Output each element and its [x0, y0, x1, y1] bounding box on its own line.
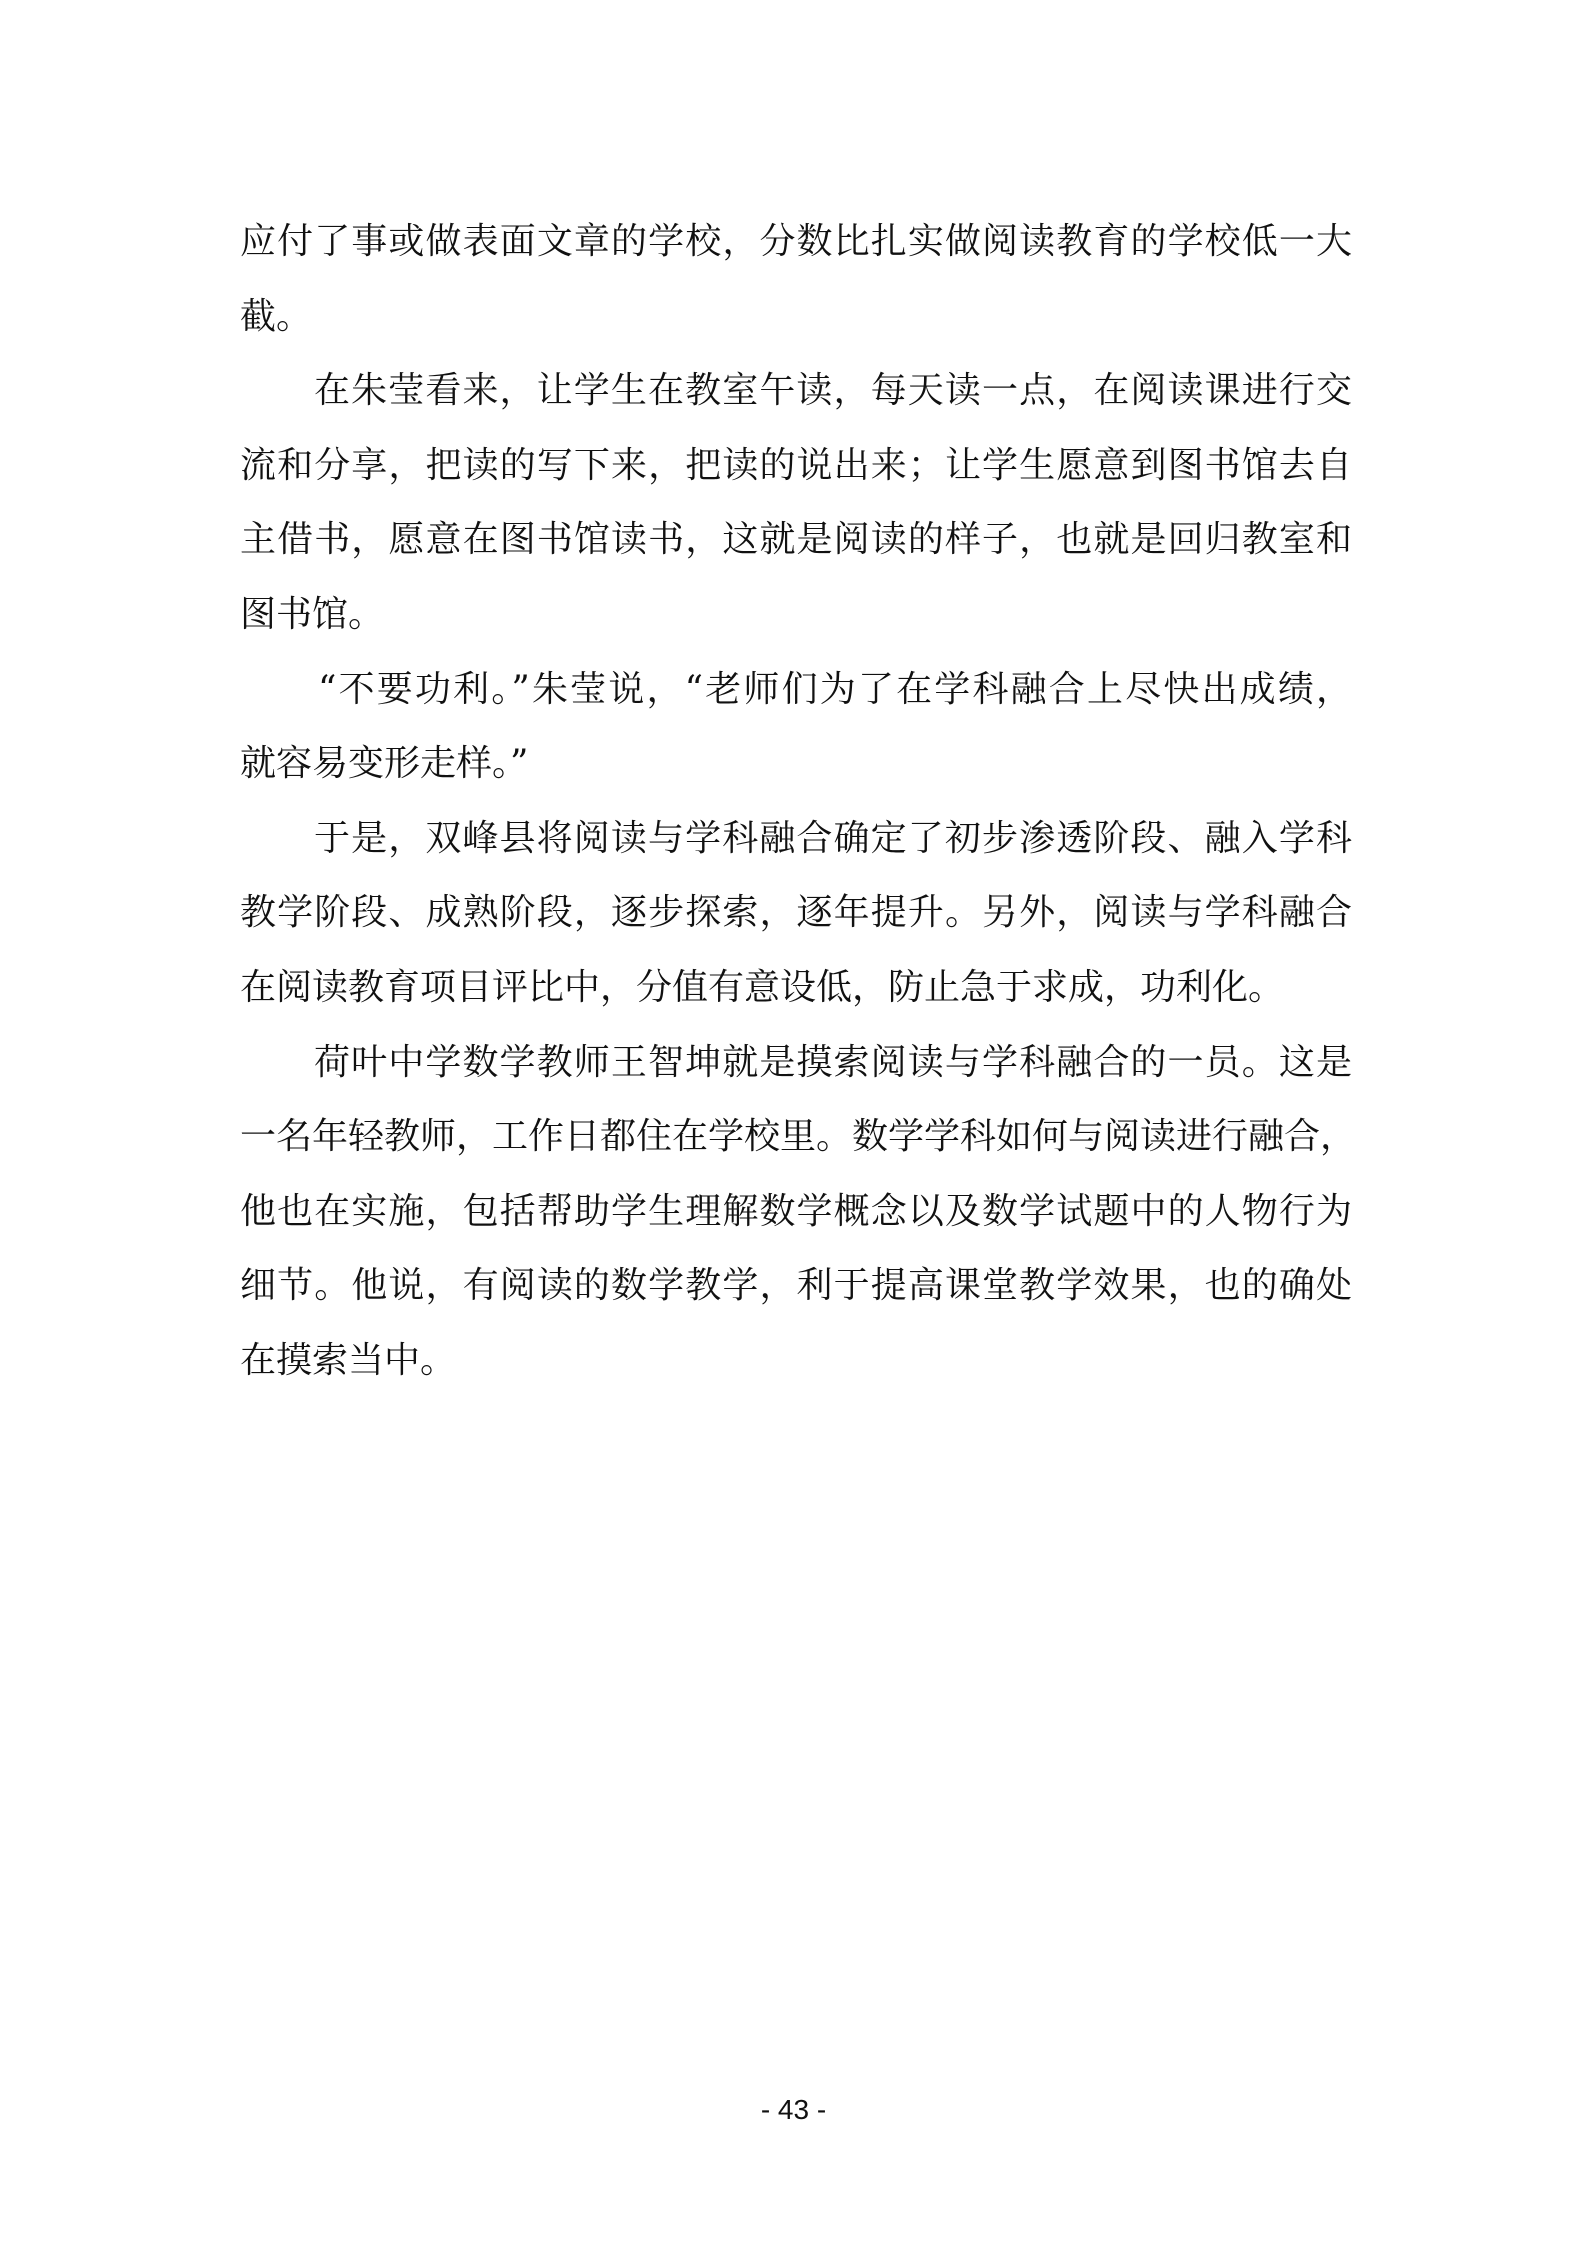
paragraph-3: “不要功利。”朱莹说，“老师们为了在学科融合上尽快出成绩， 就容易变形走样。” [240, 653, 1352, 802]
text-line: 在阅读教育项目评比中，分值有意设低，防止急于求成，功利化。 [240, 951, 1352, 1026]
document-page: 应付了事或做表面文章的学校，分数比扎实做阅读教育的学校低一大 截。 在朱莹看来，… [0, 0, 1587, 2245]
text-line: “不要功利。”朱莹说，“老师们为了在学科融合上尽快出成绩， [240, 653, 1352, 728]
text-line: 在朱莹看来，让学生在教室午读，每天读一点，在阅读课进行交 [240, 354, 1352, 429]
text-line: 荷叶中学数学教师王智坤就是摸索阅读与学科融合的一员。这是 [240, 1026, 1352, 1101]
page-number: - 43 - [0, 2094, 1587, 2126]
paragraph-1: 应付了事或做表面文章的学校，分数比扎实做阅读教育的学校低一大 截。 [240, 205, 1352, 354]
text-line: 应付了事或做表面文章的学校，分数比扎实做阅读教育的学校低一大 [240, 205, 1352, 280]
text-line: 主借书，愿意在图书馆读书，这就是阅读的样子，也就是回归教室和 [240, 503, 1352, 578]
text-line: 在摸索当中。 [240, 1324, 1352, 1399]
text-line: 截。 [240, 280, 1352, 355]
text-line: 教学阶段、成熟阶段，逐步探索，逐年提升。另外，阅读与学科融合 [240, 876, 1352, 951]
text-line: 于是，双峰县将阅读与学科融合确定了初步渗透阶段、融入学科 [240, 802, 1352, 877]
body-text: 应付了事或做表面文章的学校，分数比扎实做阅读教育的学校低一大 截。 在朱莹看来，… [240, 205, 1352, 1399]
text-line: 流和分享，把读的写下来，把读的说出来；让学生愿意到图书馆去自 [240, 429, 1352, 504]
text-line: 图书馆。 [240, 578, 1352, 653]
paragraph-5: 荷叶中学数学教师王智坤就是摸索阅读与学科融合的一员。这是 一名年轻教师，工作日都… [240, 1026, 1352, 1399]
text-line: 他也在实施，包括帮助学生理解数学概念以及数学试题中的人物行为 [240, 1175, 1352, 1250]
paragraph-4: 于是，双峰县将阅读与学科融合确定了初步渗透阶段、融入学科 教学阶段、成熟阶段，逐… [240, 802, 1352, 1026]
text-line: 就容易变形走样。” [240, 727, 1352, 802]
text-line: 一名年轻教师，工作日都住在学校里。数学学科如何与阅读进行融合， [240, 1100, 1352, 1175]
paragraph-2: 在朱莹看来，让学生在教室午读，每天读一点，在阅读课进行交 流和分享，把读的写下来… [240, 354, 1352, 652]
text-line: 细节。他说，有阅读的数学教学，利于提高课堂教学效果，也的确处 [240, 1249, 1352, 1324]
